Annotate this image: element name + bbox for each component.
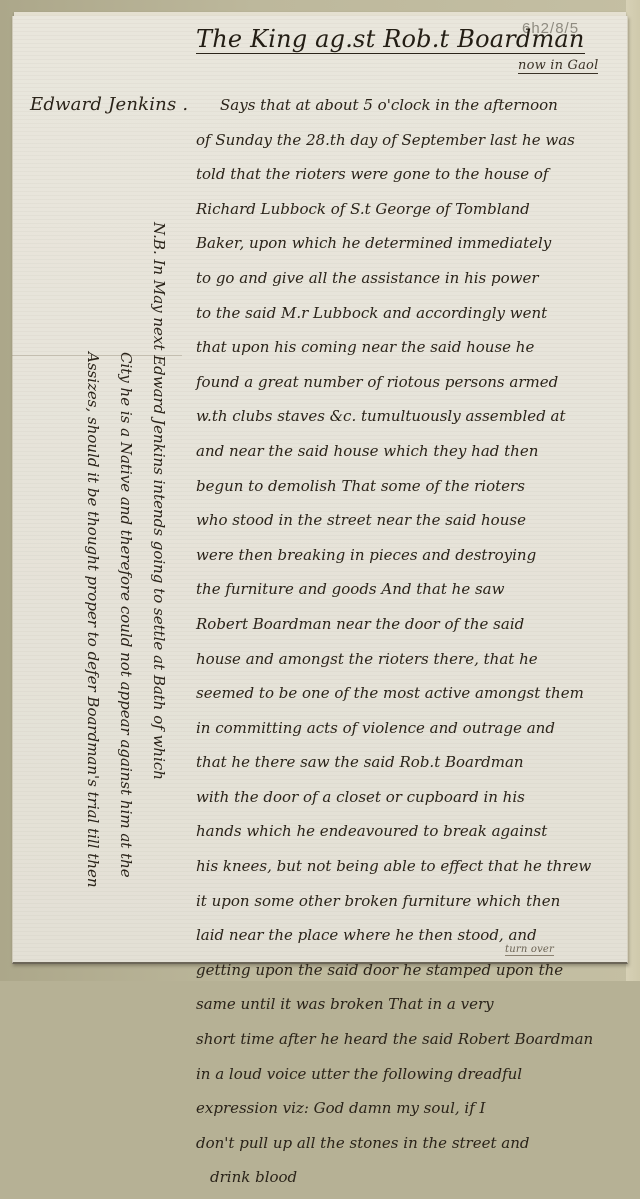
body-line: in committing acts of violence and outra… xyxy=(196,715,626,750)
body-line: to the said M.r Lubbock and accordingly … xyxy=(196,300,626,335)
body-line: who stood in the street near the said ho… xyxy=(196,507,626,542)
body-line: Robert Boardman near the door of the sai… xyxy=(196,611,626,646)
body-line: with the door of a closet or cupboard in… xyxy=(196,784,626,819)
body-line: begun to demolish That some of the riote… xyxy=(196,473,626,508)
body-line: to go and give all the assistance in his… xyxy=(196,265,626,300)
body-line: the furniture and goods And that he saw xyxy=(196,576,626,611)
body-line: house and amongst the rioters there, tha… xyxy=(196,646,626,681)
body-line: w.th clubs staves &c. tumultuously assem… xyxy=(196,403,626,438)
body-line: his knees, but not being able to effect … xyxy=(196,853,626,888)
deposition-body: Says that at about 5 o'clock in the afte… xyxy=(196,92,626,981)
scan-backing-edge xyxy=(626,0,640,981)
marginal-note-line: Assizes, should it be thought proper to … xyxy=(74,352,107,962)
body-line: that upon his coming near the said house… xyxy=(196,334,626,369)
document-subtitle: now in Gaol xyxy=(518,58,598,74)
body-line: and near the said house which they had t… xyxy=(196,438,626,473)
catchword-turn-over: turn over xyxy=(505,944,554,956)
body-line: seemed to be one of the most active amon… xyxy=(196,680,626,715)
body-line: of Sunday the 28.th day of September las… xyxy=(196,127,626,162)
body-line: hands which he endeavoured to break agai… xyxy=(196,818,626,853)
marginal-note-vertical: N.B. In May next Edward Jenkins intends … xyxy=(74,222,173,962)
body-line: Baker, upon which he determined immediat… xyxy=(196,230,626,265)
body-line: were then breaking in pieces and destroy… xyxy=(196,542,626,577)
document-title: The King ag.st Rob.t Boardman xyxy=(196,26,585,54)
body-line: it upon some other broken furniture whic… xyxy=(196,888,626,923)
body-line: Richard Lubbock of S.t George of Tomblan… xyxy=(196,196,626,231)
body-line: found a great number of riotous persons … xyxy=(196,369,626,404)
body-line: Says that at about 5 o'clock in the afte… xyxy=(220,92,626,127)
marginal-note-line: N.B. In May next Edward Jenkins intends … xyxy=(140,222,173,962)
deponent-name: Edward Jenkins . xyxy=(30,94,188,116)
body-line: told that the rioters were gone to the h… xyxy=(196,161,626,196)
marginal-note-line: City he is a Native and therefore could … xyxy=(107,352,140,962)
body-line: getting upon the said door he stamped up… xyxy=(196,957,626,981)
body-line: laid near the place where he then stood,… xyxy=(196,922,626,957)
body-line: that he there saw the said Rob.t Boardma… xyxy=(196,749,626,784)
